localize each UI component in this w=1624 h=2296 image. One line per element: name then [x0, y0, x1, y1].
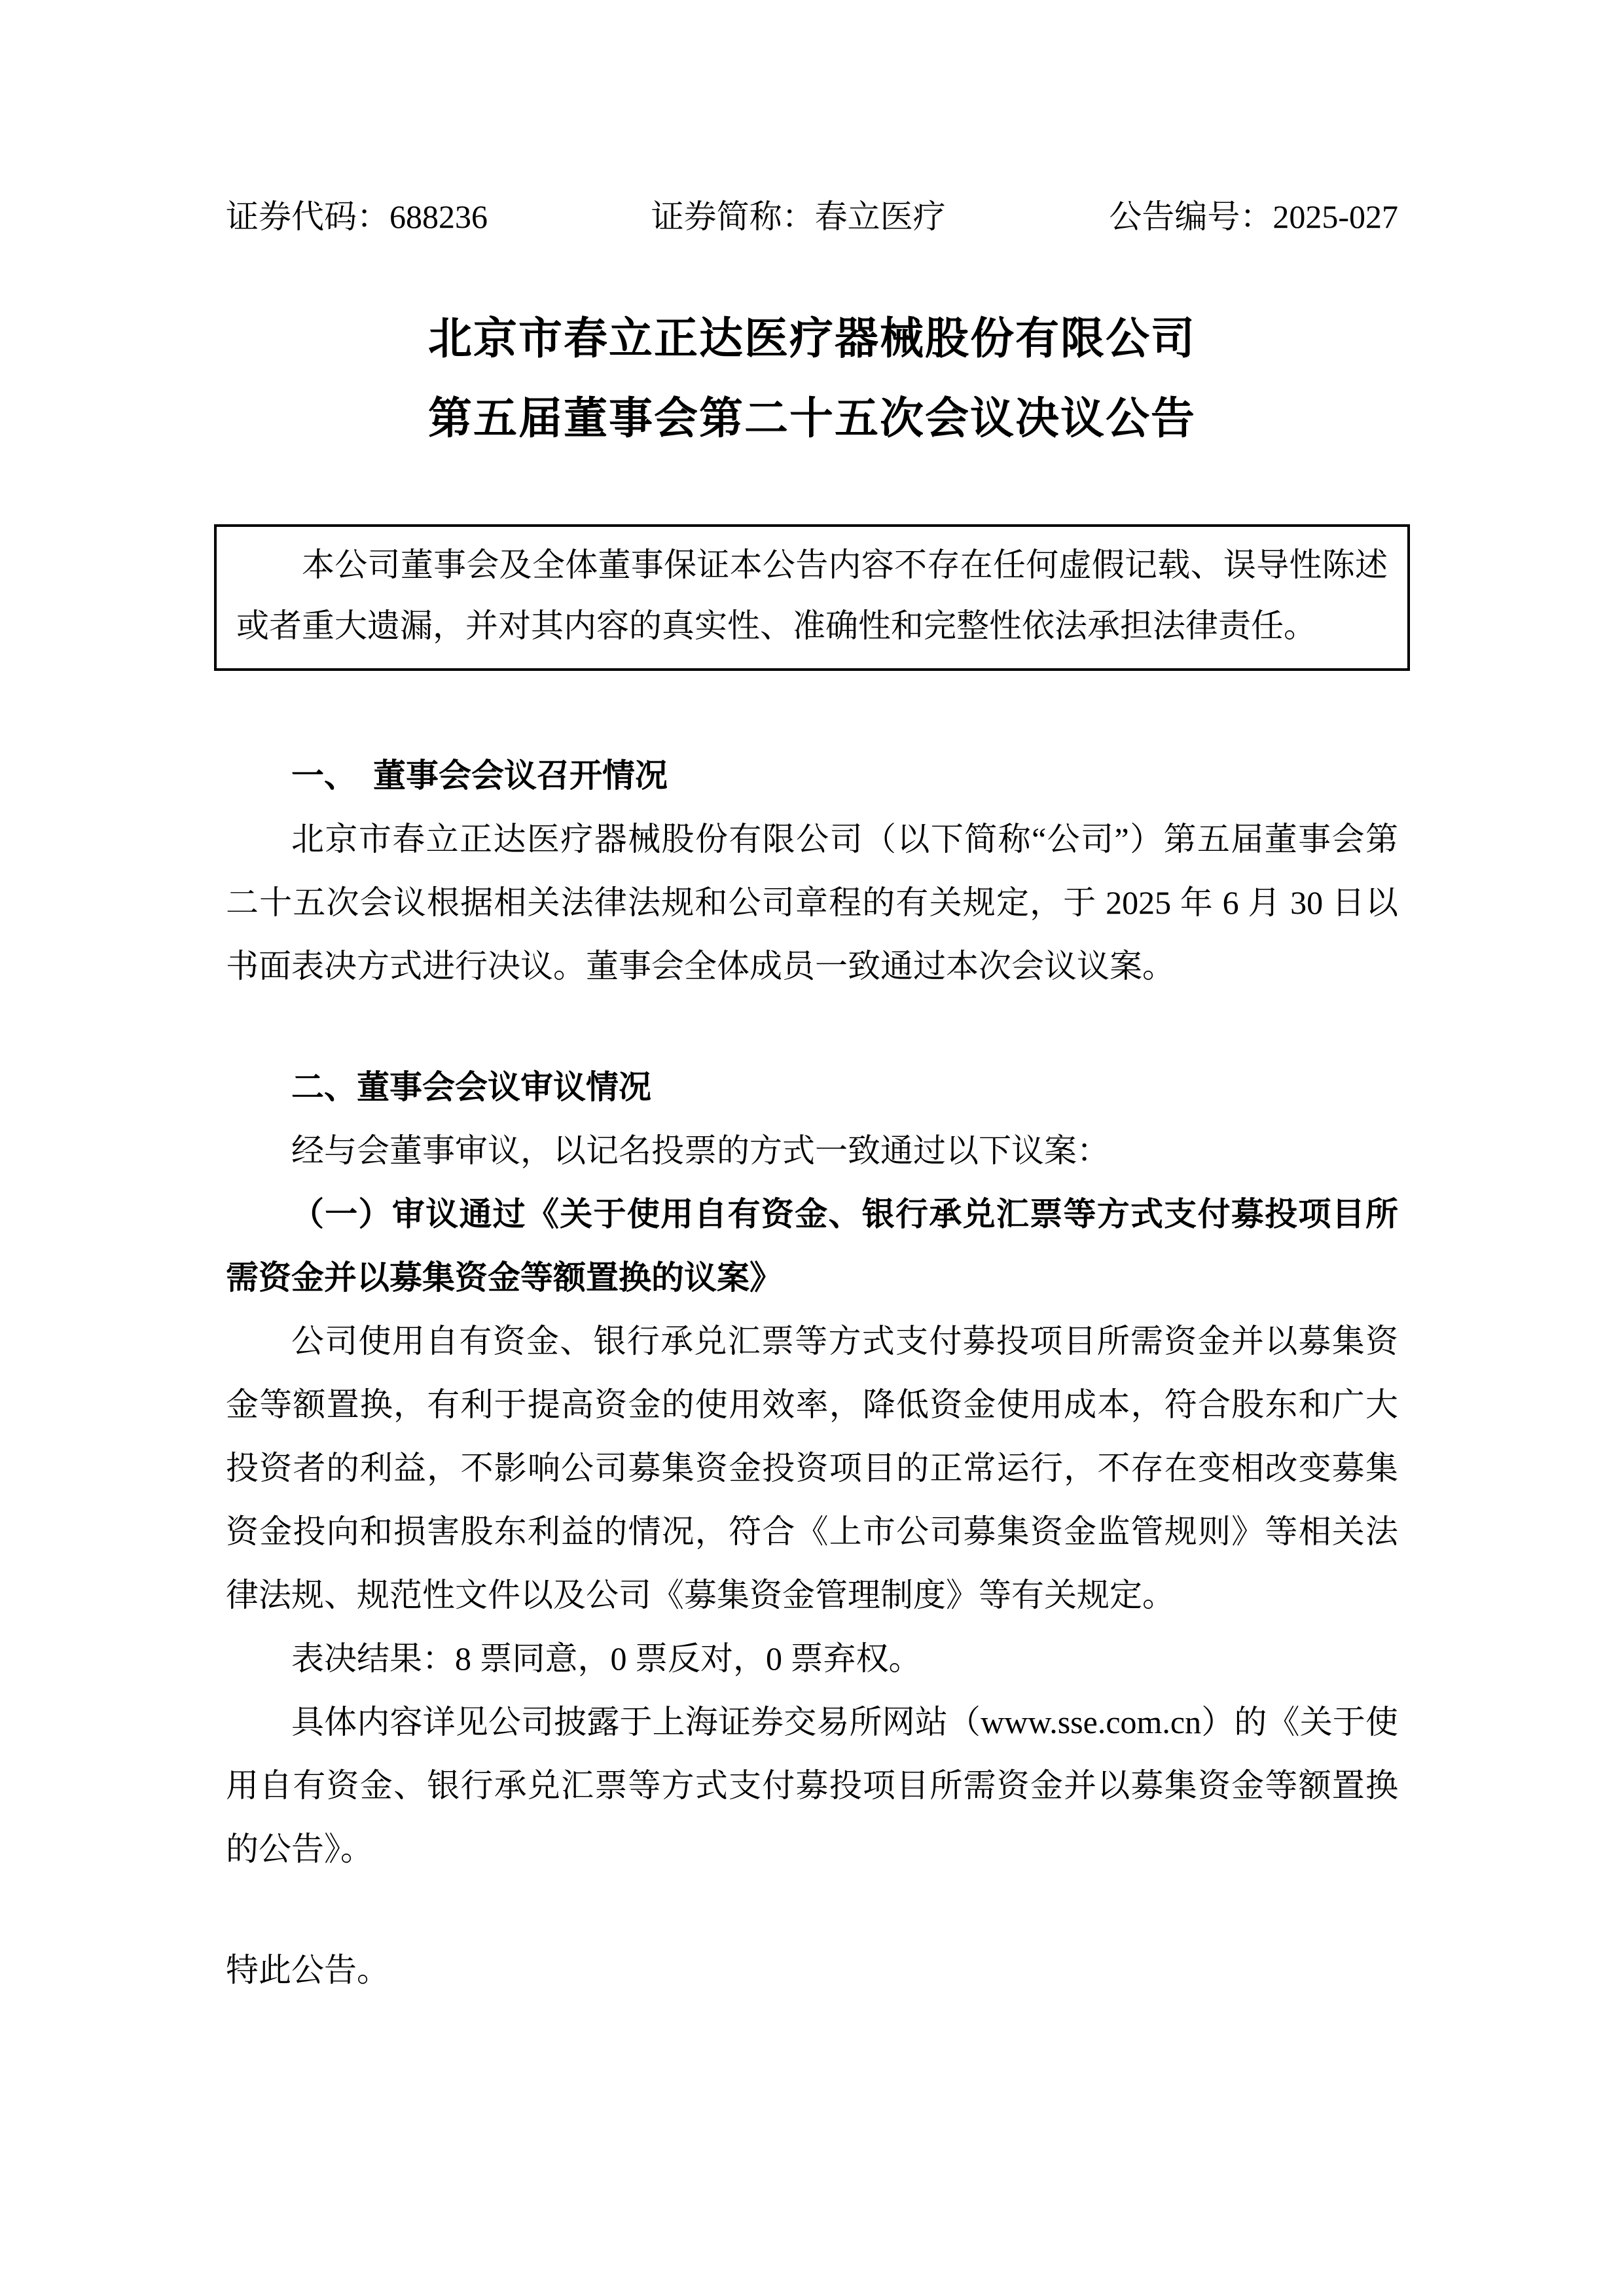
document-title: 北京市春立正达医疗器械股份有限公司 第五届董事会第二十五次会议决议公告: [226, 299, 1398, 459]
disclaimer-text: 本公司董事会及全体董事保证本公告内容不存在任何虚假记载、误导性陈述或者重大遗漏，…: [236, 547, 1388, 644]
document-body: 一、 董事会会议召开情况 北京市春立正达医疗器械股份有限公司（以下简称“公司”）…: [226, 744, 1398, 2002]
stock-code: 证券代码：688236: [226, 196, 488, 237]
vote-result: 表决结果：8 票同意，0 票反对，0 票弃权。: [226, 1627, 1398, 1691]
section-1-paragraph: 北京市春立正达医疗器械股份有限公司（以下简称“公司”）第五届董事会第二十五次会议…: [226, 808, 1398, 998]
disclaimer-box: 本公司董事会及全体董事保证本公告内容不存在任何虚假记载、误导性陈述或者重大遗漏，…: [214, 524, 1410, 671]
meeting-resolution-title-line: 第五届董事会第二十五次会议决议公告: [226, 379, 1398, 459]
section-1-heading: 一、 董事会会议召开情况: [226, 744, 1398, 808]
company-name-title-line: 北京市春立正达医疗器械股份有限公司: [226, 299, 1398, 379]
closing-statement: 特此公告。: [226, 1939, 1398, 2002]
proposal-body: 公司使用自有资金、银行承兑汇票等方式支付募投项目所需资金并以募集资金等额置换，有…: [226, 1310, 1398, 1627]
announcement-page: 证券代码：688236 证券简称：春立医疗 公告编号：2025-027 北京市春…: [0, 0, 1624, 2296]
announcement-number: 公告编号：2025-027: [1109, 196, 1398, 237]
section-2-intro: 经与会董事审议，以记名投票的方式一致通过以下议案：: [226, 1119, 1398, 1183]
proposal-title: （一）审议通过《关于使用自有资金、银行承兑汇票等方式支付募投项目所需资金并以募集…: [226, 1183, 1398, 1310]
section-2-heading: 二、董事会会议审议情况: [226, 1056, 1398, 1119]
document-header: 证券代码：688236 证券简称：春立医疗 公告编号：2025-027: [226, 196, 1398, 237]
disclosure-reference: 具体内容详见公司披露于上海证券交易所网站（www.sse.com.cn）的《关于…: [226, 1691, 1398, 1881]
stock-abbreviation: 证券简称：春立医疗: [651, 196, 946, 237]
